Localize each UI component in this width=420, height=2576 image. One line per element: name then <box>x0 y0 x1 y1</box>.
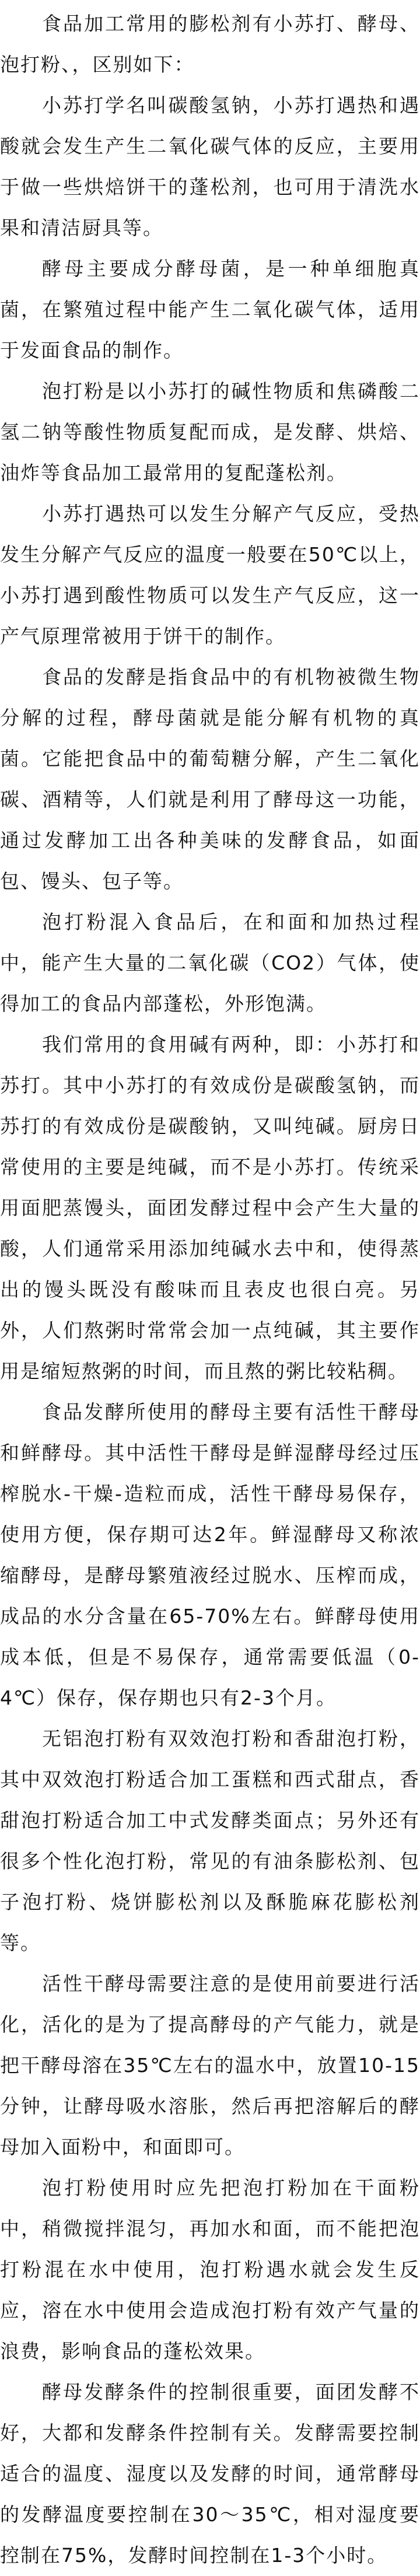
article-body: 食品加工常用的膨松剂有小苏打、酵母、泡打粉、，区别如下： 小苏打学名叫碳酸氢钠，… <box>0 0 420 2576</box>
paragraph-aluminum-free-powder: 无铝泡打粉有双效泡打粉和香甜泡打粉，其中双效泡打粉适合加工蛋糕和西式甜点，香甜泡… <box>0 1718 420 1964</box>
paragraph-baking-soda-reaction: 小苏打遇热可以发生分解产气反应，受热发生分解产气反应的温度一般要在50℃以上，小… <box>0 494 420 657</box>
paragraph-yeast-activation: 活性干酵母需要注意的是使用前要进行活化，活化的是为了提高酵母的产气能力，就是把干… <box>0 1964 420 2168</box>
paragraph-baking-powder-usage: 泡打粉使用时应先把泡打粉加在干面粉中，稍微搅拌混匀，再加水和面，而不能把泡打粉混… <box>0 2168 420 2372</box>
paragraph-intro: 食品加工常用的膨松剂有小苏打、酵母、泡打粉、，区别如下： <box>0 3 420 85</box>
paragraph-baking-powder-co2: 泡打粉混入食品后，在和面和加热过程中，能产生大量的二氧化碳（CO2）气体，使得加… <box>0 902 420 1024</box>
paragraph-fermentation: 食品的发酵是指食品中的有机物被微生物分解的过程，酵母菌就是能分解有机物的真菌。它… <box>0 657 420 902</box>
paragraph-baking-powder: 泡打粉是以小苏打的碱性物质和焦磷酸二氢二钠等酸性物质复配而成，是发酵、烘焙、油炸… <box>0 371 420 494</box>
paragraph-edible-alkali: 我们常用的食用碱有两种，即：小苏打和苏打。其中小苏打的有效成份是碳酸氢钠，而苏打… <box>0 1024 420 1392</box>
paragraph-baking-soda: 小苏打学名叫碳酸氢钠，小苏打遇热和遇酸就会发生产生二氧化碳气体的反应，主要用于做… <box>0 85 420 249</box>
paragraph-yeast: 酵母主要成分酵母菌，是一种单细胞真菌，在繁殖过程中能产生二氧化碳气体，适用于发面… <box>0 249 420 371</box>
paragraph-fermentation-conditions: 酵母发酵条件的控制很重要，面团发酵不好，大都和发酵条件控制有关。发酵需要控制适合… <box>0 2372 420 2576</box>
paragraph-yeast-types: 食品发酵所使用的酵母主要有活性干酵母和鲜酵母。其中活性干酵母是鲜湿酵母经过压榨脱… <box>0 1392 420 1718</box>
